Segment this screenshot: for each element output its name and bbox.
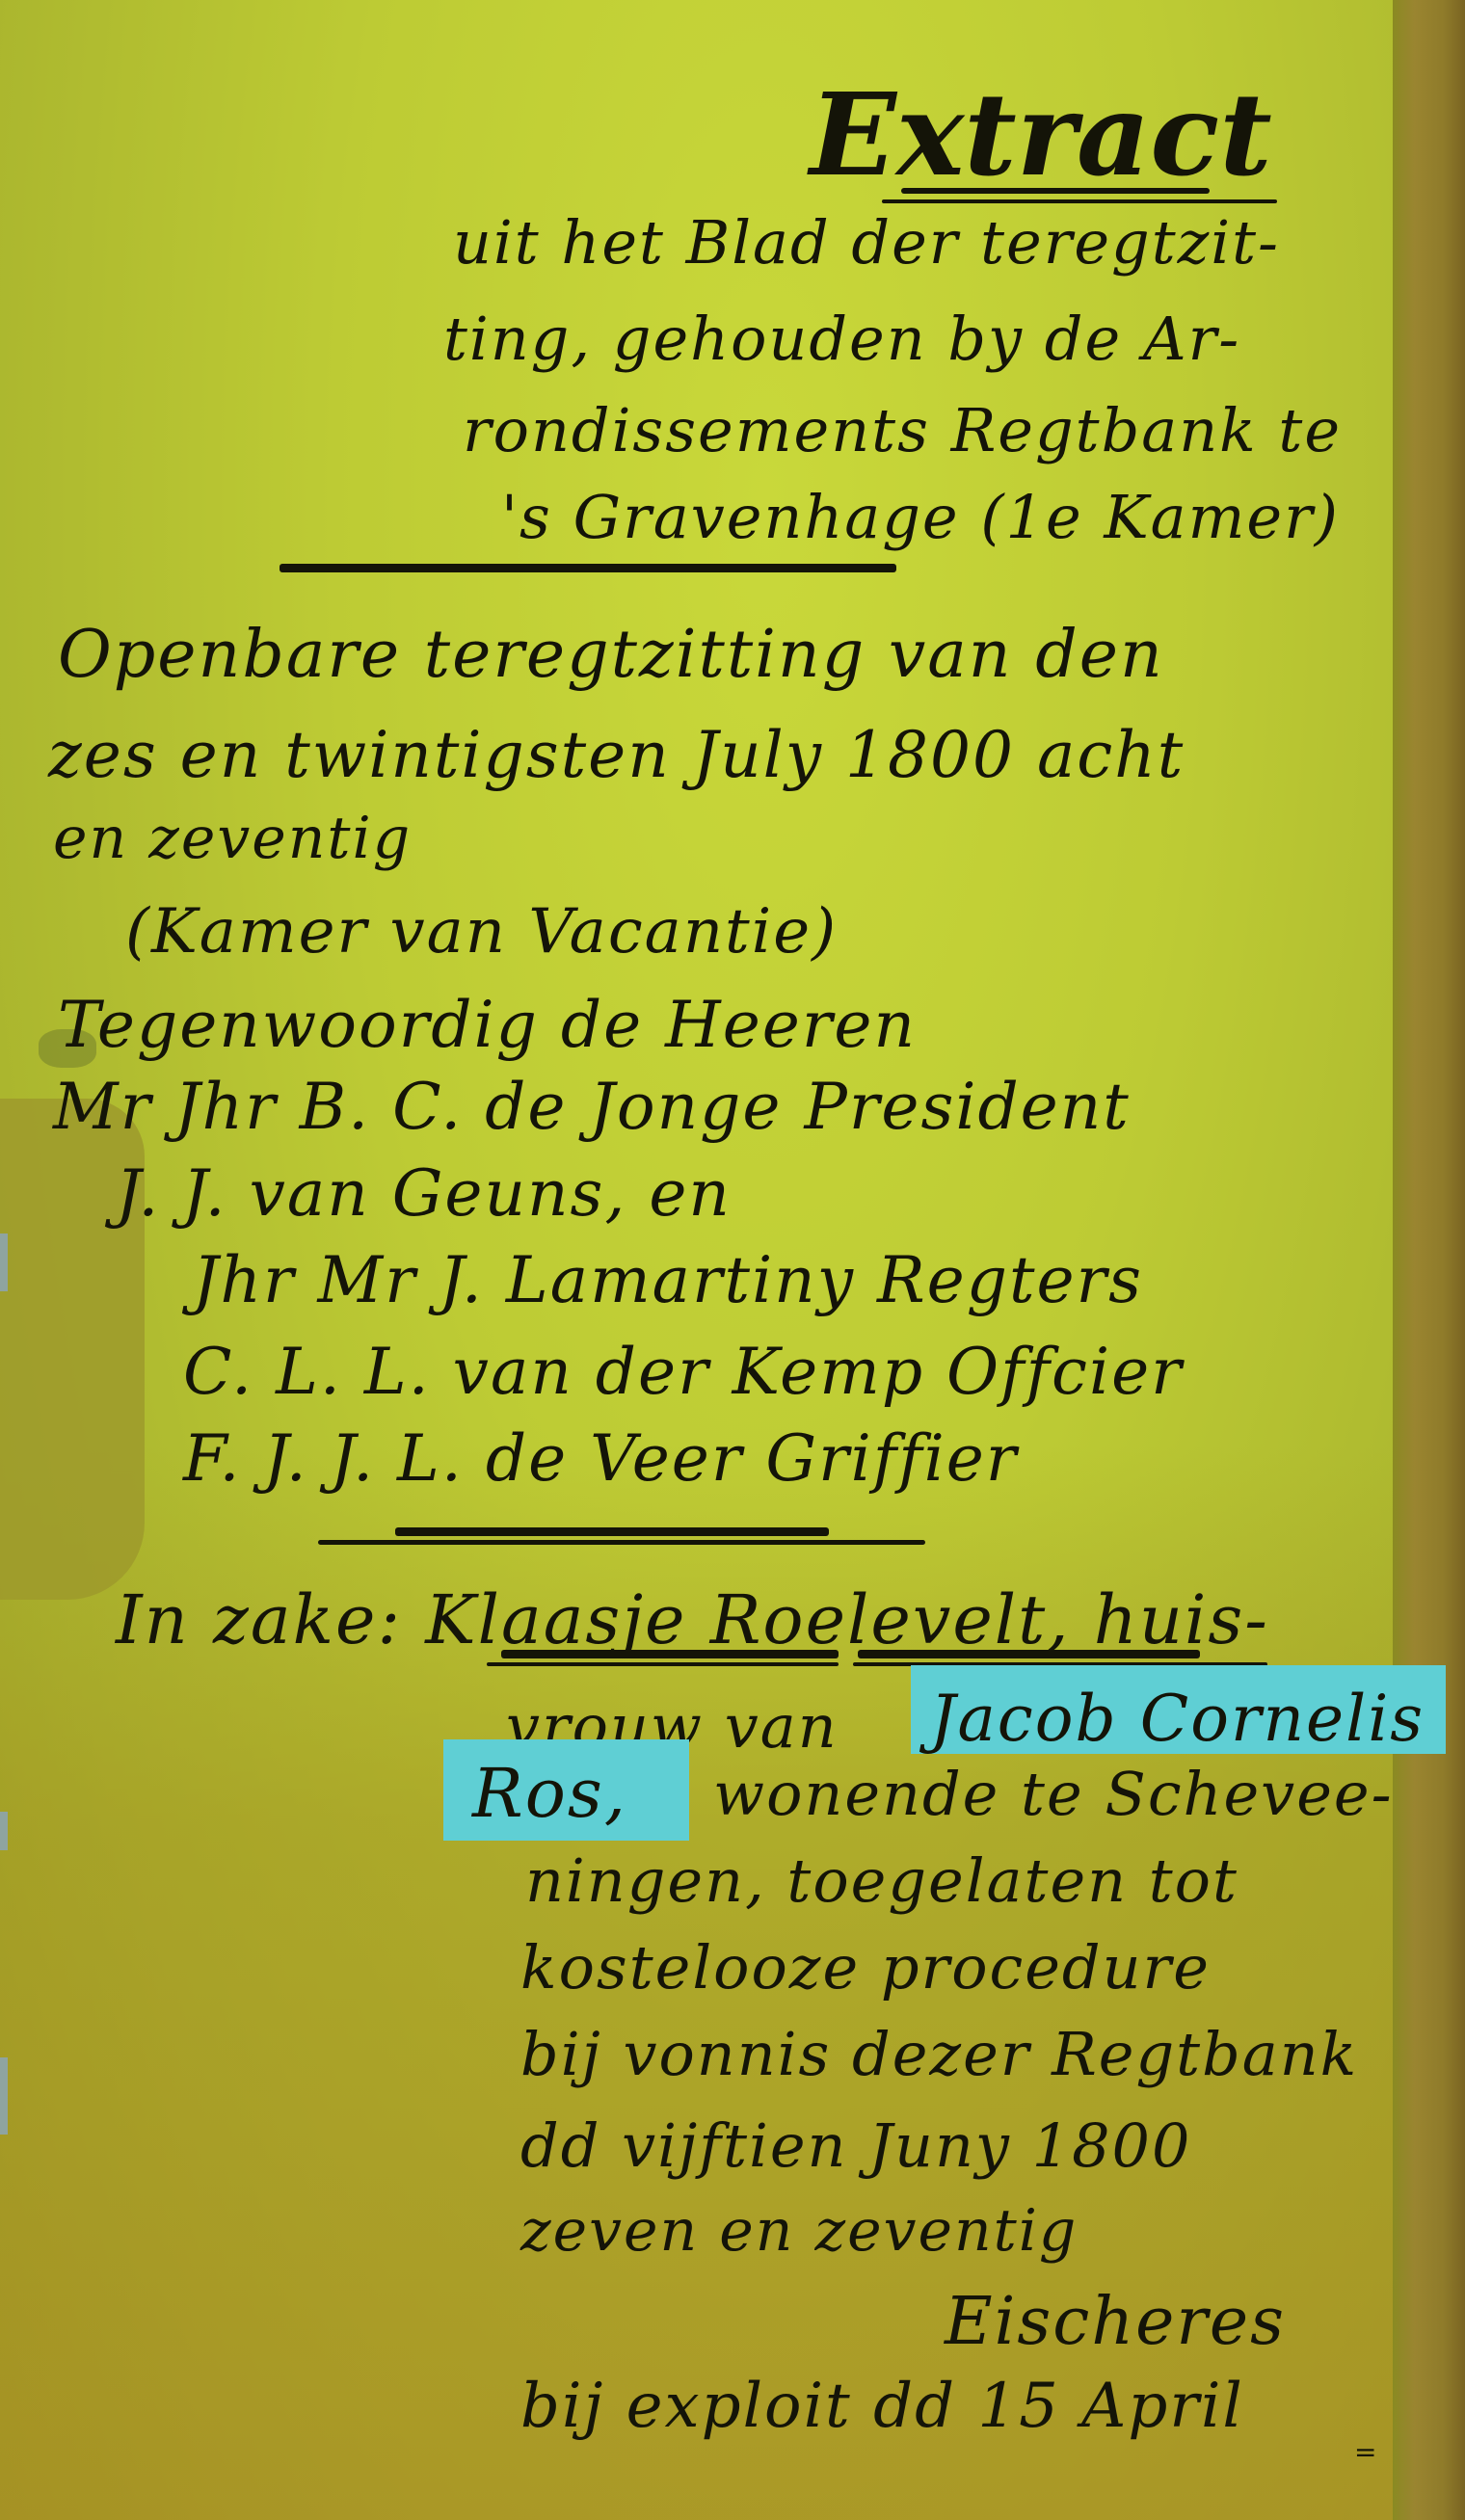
torn-edge bbox=[0, 2057, 8, 2135]
document-title: Extract bbox=[810, 67, 1272, 201]
torn-edge bbox=[0, 1812, 8, 1850]
body-line: Openbare teregtzitting van den bbox=[58, 617, 1164, 693]
highlighted-name: Jacob Cornelis bbox=[930, 1682, 1425, 1756]
body-line: (Kamer van Vacantie) bbox=[125, 896, 838, 968]
body-line: J. J. van Geuns, en bbox=[116, 1156, 732, 1231]
title-underline bbox=[901, 188, 1210, 194]
body-line: Tegenwoordig de Heeren bbox=[58, 988, 917, 1062]
header-line: 's Gravenhage (1e Kamer) bbox=[501, 482, 1340, 552]
torn-edge bbox=[0, 1233, 8, 1291]
header-line: uit het Blad der teregtzit- bbox=[453, 207, 1280, 278]
body-line: C. L. L. van der Kemp Offcier bbox=[183, 1335, 1184, 1409]
section-divider-2 bbox=[318, 1540, 925, 1545]
body-line: Mr Jhr B. C. de Jonge President bbox=[53, 1070, 1131, 1144]
header-line: rondissements Regtbank te bbox=[463, 395, 1342, 465]
name-underline bbox=[501, 1650, 839, 1658]
case-line: Eischeres bbox=[945, 2284, 1286, 2360]
case-line: zeven en zeventig bbox=[520, 2197, 1078, 2265]
body-line: en zeventig bbox=[53, 805, 412, 872]
case-line: dd vijftien Juny 1800 bbox=[520, 2110, 1191, 2181]
name-underline bbox=[858, 1650, 1200, 1658]
body-line: zes en twintigsten July 1800 acht bbox=[48, 718, 1185, 792]
case-line: In zake: Klaasje Roelevelt, huis- bbox=[116, 1580, 1269, 1659]
title-underline-2 bbox=[882, 199, 1277, 203]
highlighted-name: Ros, bbox=[472, 1754, 627, 1833]
binding-edge bbox=[1393, 0, 1465, 2520]
case-line: ningen, toegelaten tot bbox=[525, 1845, 1239, 1916]
body-line: Jhr Mr J. Lamartiny Regters bbox=[193, 1243, 1143, 1317]
section-divider bbox=[280, 564, 896, 572]
name-underline-2 bbox=[487, 1662, 839, 1666]
case-line: kostelooze procedure bbox=[520, 1932, 1211, 2003]
case-line: wonende te Schevee- bbox=[713, 1759, 1394, 1829]
end-mark: = bbox=[1354, 2436, 1376, 2468]
header-line: ting, gehouden by de Ar- bbox=[443, 304, 1240, 374]
section-divider bbox=[395, 1527, 829, 1536]
body-line: F. J. J. L. de Veer Griffier bbox=[183, 1421, 1018, 1496]
case-line: bij exploit dd 15 April bbox=[520, 2371, 1244, 2442]
case-line: bij vonnis dezer Regtbank bbox=[520, 2019, 1358, 2089]
